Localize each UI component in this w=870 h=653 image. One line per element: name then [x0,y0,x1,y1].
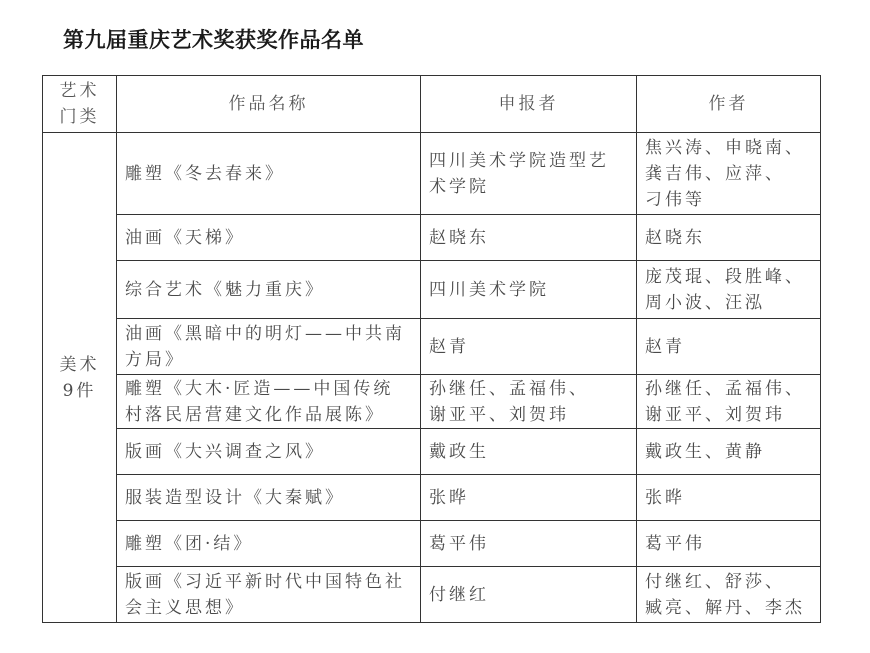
work-line: 版画《大兴调查之风》 [125,439,412,465]
work-cell: 雕塑《冬去春来》 [117,133,421,215]
author-line: 臧亮、解丹、李杰 [645,595,812,621]
work-line: 雕塑《大木·匠造——中国传统 [125,376,412,402]
applicant-line: 付继红 [429,582,628,608]
work-cell: 版画《习近平新时代中国特色社 会主义思想》 [117,567,421,623]
author-line: 葛平伟 [645,531,812,557]
table-row: 综合艺术《魅力重庆》 四川美术学院 庞茂琨、段胜峰、 周小波、汪泓 [43,261,821,319]
applicant-line: 葛平伟 [429,531,628,557]
work-cell: 雕塑《大木·匠造——中国传统 村落民居营建文化作品展陈》 [117,375,421,429]
work-cell: 综合艺术《魅力重庆》 [117,261,421,319]
table-row: 雕塑《团·结》 葛平伟 葛平伟 [43,521,821,567]
table-row: 版画《习近平新时代中国特色社 会主义思想》 付继红 付继红、舒莎、 臧亮、解丹、… [43,567,821,623]
author-cell: 孙继任、孟福伟、 谢亚平、刘贺玮 [637,375,821,429]
table-row: 油画《天梯》 赵晓东 赵晓东 [43,215,821,261]
applicant-line: 赵青 [429,334,628,360]
applicant-line: 术学院 [429,174,628,200]
applicant-cell: 张晔 [421,475,637,521]
author-line: 谢亚平、刘贺玮 [645,402,812,428]
applicant-cell: 孙继任、孟福伟、 谢亚平、刘贺玮 [421,375,637,429]
author-cell: 庞茂琨、段胜峰、 周小波、汪泓 [637,261,821,319]
table-row: 服装造型设计《大秦赋》 张晔 张晔 [43,475,821,521]
work-line: 版画《习近平新时代中国特色社 [125,569,412,595]
category-line2: 9件 [51,378,108,404]
table-header-row: 艺术 门类 作品名称 申报者 作者 [43,76,821,133]
applicant-line: 戴政生 [429,439,628,465]
author-line: 赵晓东 [645,225,812,251]
applicant-cell: 赵晓东 [421,215,637,261]
work-line: 综合艺术《魅力重庆》 [125,277,412,303]
author-cell: 焦兴涛、申晓南、 龚吉伟、应萍、 刁伟等 [637,133,821,215]
applicant-cell: 付继红 [421,567,637,623]
table-row: 油画《黑暗中的明灯——中共南 方局》 赵青 赵青 [43,319,821,375]
author-line: 孙继任、孟福伟、 [645,376,812,402]
author-line: 戴政生、黄静 [645,439,812,465]
work-cell: 版画《大兴调查之风》 [117,429,421,475]
applicant-line: 张晔 [429,485,628,511]
author-line: 赵青 [645,334,812,360]
work-line: 会主义思想》 [125,595,412,621]
applicant-line: 四川美术学院造型艺 [429,148,628,174]
author-cell: 葛平伟 [637,521,821,567]
author-cell: 赵晓东 [637,215,821,261]
author-line: 焦兴涛、申晓南、 [645,135,812,161]
header-category-line2: 门类 [51,104,108,130]
work-line: 雕塑《团·结》 [125,531,412,557]
applicant-cell: 四川美术学院 [421,261,637,319]
applicant-cell: 葛平伟 [421,521,637,567]
header-applicant: 申报者 [421,76,637,133]
header-author: 作者 [637,76,821,133]
category-cell: 美术 9件 [43,133,117,623]
table-row: 雕塑《大木·匠造——中国传统 村落民居营建文化作品展陈》 孙继任、孟福伟、 谢亚… [43,375,821,429]
author-line: 付继红、舒莎、 [645,569,812,595]
author-line: 庞茂琨、段胜峰、 [645,264,812,290]
table-row: 美术 9件 雕塑《冬去春来》 四川美术学院造型艺 术学院 焦兴涛、申晓南、 龚吉… [43,133,821,215]
work-line: 油画《黑暗中的明灯——中共南 [125,321,412,347]
applicant-cell: 戴政生 [421,429,637,475]
work-line: 雕塑《冬去春来》 [125,161,412,187]
author-cell: 赵青 [637,319,821,375]
work-cell: 雕塑《团·结》 [117,521,421,567]
applicant-cell: 赵青 [421,319,637,375]
work-line: 油画《天梯》 [125,225,412,251]
author-line: 张晔 [645,485,812,511]
applicant-line: 孙继任、孟福伟、 [429,376,628,402]
applicant-line: 谢亚平、刘贺玮 [429,402,628,428]
author-cell: 付继红、舒莎、 臧亮、解丹、李杰 [637,567,821,623]
author-cell: 戴政生、黄静 [637,429,821,475]
work-line: 村落民居营建文化作品展陈》 [125,402,412,428]
table-row: 版画《大兴调查之风》 戴政生 戴政生、黄静 [43,429,821,475]
applicant-line: 赵晓东 [429,225,628,251]
work-cell: 服装造型设计《大秦赋》 [117,475,421,521]
author-line: 龚吉伟、应萍、 [645,161,812,187]
awards-table: 艺术 门类 作品名称 申报者 作者 美术 9件 雕塑《冬去春来》 四川美术学院造… [42,75,821,623]
document-title: 第九届重庆艺术奖获奖作品名单 [63,24,364,54]
author-line: 周小波、汪泓 [645,290,812,316]
author-cell: 张晔 [637,475,821,521]
header-category: 艺术 门类 [43,76,117,133]
author-line: 刁伟等 [645,187,812,213]
work-cell: 油画《天梯》 [117,215,421,261]
applicant-line: 四川美术学院 [429,277,628,303]
work-cell: 油画《黑暗中的明灯——中共南 方局》 [117,319,421,375]
header-category-line1: 艺术 [51,78,108,104]
applicant-cell: 四川美术学院造型艺 术学院 [421,133,637,215]
work-line: 方局》 [125,347,412,373]
header-work: 作品名称 [117,76,421,133]
work-line: 服装造型设计《大秦赋》 [125,485,412,511]
category-line1: 美术 [51,352,108,378]
